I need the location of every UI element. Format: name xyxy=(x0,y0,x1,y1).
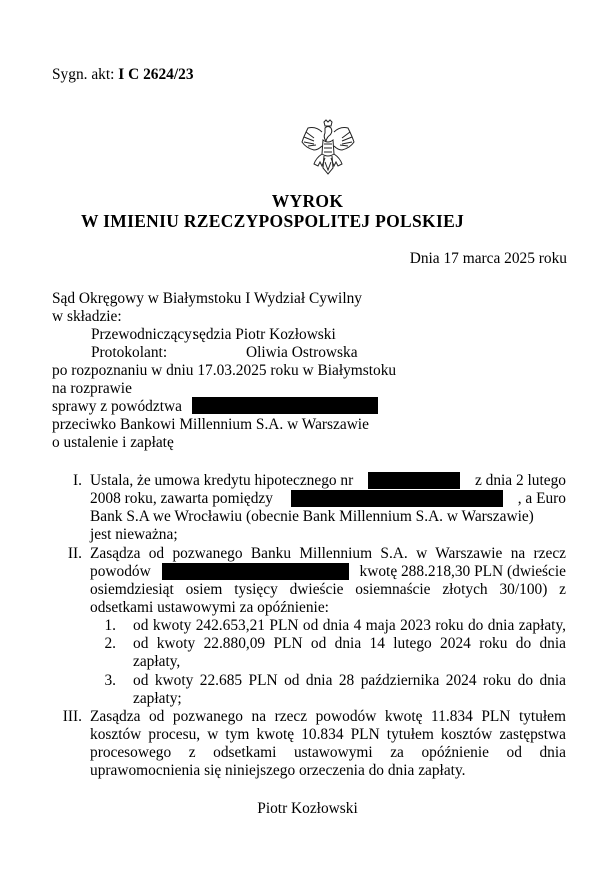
point-i-line1: Ustala, że umowa kredytu hipotecznego nr… xyxy=(90,472,566,490)
defendant-line: przeciwko Bankowi Millennium S.A. w Wars… xyxy=(52,416,369,434)
document-title: WYROK xyxy=(0,192,615,210)
redacted-contract-number xyxy=(368,472,460,489)
point-iii-line3: procesowego z odsetkami ustawowymi za op… xyxy=(90,744,566,762)
sub-item-2-line2: zapłaty, xyxy=(133,653,180,671)
point-i-line3: Bank S.A we Wrocławiu (obecnie Bank Mill… xyxy=(90,508,534,526)
point-iii-line2: kosztów procesu, w tym kwotę 10.834 PLN … xyxy=(90,726,566,744)
subject-line: o ustalenie i zapłatę xyxy=(52,434,174,452)
point-ii-line2: powodów kwotę 288.218,30 PLN (dwieście xyxy=(90,563,566,581)
sub-item-1-line1: od kwoty 242.653,21 PLN od dnia 4 maja 2… xyxy=(133,617,566,635)
point-ii-text: powodów xyxy=(90,563,151,581)
judgment-date: Dnia 17 marca 2025 roku xyxy=(410,250,567,268)
case-signature: Sygn. akt: I C 2624/23 xyxy=(52,66,194,84)
document-subtitle: W IMIENIU RZECZYPOSPOLITEJ POLSKIEJ xyxy=(81,212,464,230)
chair-value: sędzia Piotr Kozłowski xyxy=(193,326,336,344)
redacted-plaintiff xyxy=(192,397,378,414)
court-name: Sąd Okręgowy w Białymstoku I Wydział Cyw… xyxy=(52,290,362,308)
sub-numeral-1: 1. xyxy=(96,617,116,635)
sub-numeral-2: 2. xyxy=(96,635,116,653)
sub-item-2-line1: od kwoty 22.880,09 PLN od dnia 14 lutego… xyxy=(133,635,566,653)
case-label: Sygn. akt: xyxy=(52,66,118,83)
redacted-parties xyxy=(291,490,503,507)
point-i-line2: 2008 roku, zawarta pomiędzy , a Euro xyxy=(90,490,566,508)
chair-label: Przewodniczący: xyxy=(91,326,196,344)
point-iii-line1: Zasądza od pozwanego na rzecz powodów kw… xyxy=(90,708,566,726)
case-number: I C 2624/23 xyxy=(118,66,193,83)
composition-label: w składzie: xyxy=(52,308,122,326)
redacted-plaintiffs xyxy=(162,563,349,580)
plaintiff-line: sprawy z powództwa xyxy=(52,397,378,416)
sub-item-3-line1: od kwoty 22.685 PLN od dnia 28 październ… xyxy=(133,672,566,690)
point-i-text: , a Euro xyxy=(518,490,566,508)
hearing-line: po rozpoznaniu w dniu 17.03.2025 roku w … xyxy=(52,362,396,380)
point-ii-line4: odsetkami ustawowymi za opóźnienie: xyxy=(90,599,329,617)
point-numeral-iii: III. xyxy=(52,708,82,726)
point-iii-line4: uprawomocnienia się niniejszego orzeczen… xyxy=(90,762,465,780)
point-numeral-i: I. xyxy=(52,472,82,490)
point-ii-text: kwotę 288.218,30 PLN (dwieście xyxy=(360,563,566,581)
sub-numeral-3: 3. xyxy=(96,672,116,690)
point-ii-line1: Zasądza od pozwanego Banku Millennium S.… xyxy=(90,545,566,563)
clerk-label: Protokolant: xyxy=(91,344,167,362)
point-numeral-ii: II. xyxy=(52,545,82,563)
point-i-text: Ustala, że umowa kredytu hipotecznego nr xyxy=(90,472,353,490)
point-i-text: z dnia 2 lutego xyxy=(475,472,566,490)
plaintiff-label: sprawy z powództwa xyxy=(52,398,182,415)
hearing-type: na rozprawie xyxy=(52,380,132,398)
sub-item-3-line2: zapłaty; xyxy=(133,690,182,708)
point-ii-line3: osiemdziesiąt osiem tysięcy dwieście osi… xyxy=(90,581,566,599)
polish-eagle-emblem-icon xyxy=(300,118,356,180)
point-i-line4: jest nieważna; xyxy=(90,526,178,544)
judge-signature: Piotr Kozłowski xyxy=(0,800,615,818)
point-i-text: 2008 roku, zawarta pomiędzy xyxy=(90,490,273,508)
clerk-value: Oliwia Ostrowska xyxy=(246,344,358,362)
